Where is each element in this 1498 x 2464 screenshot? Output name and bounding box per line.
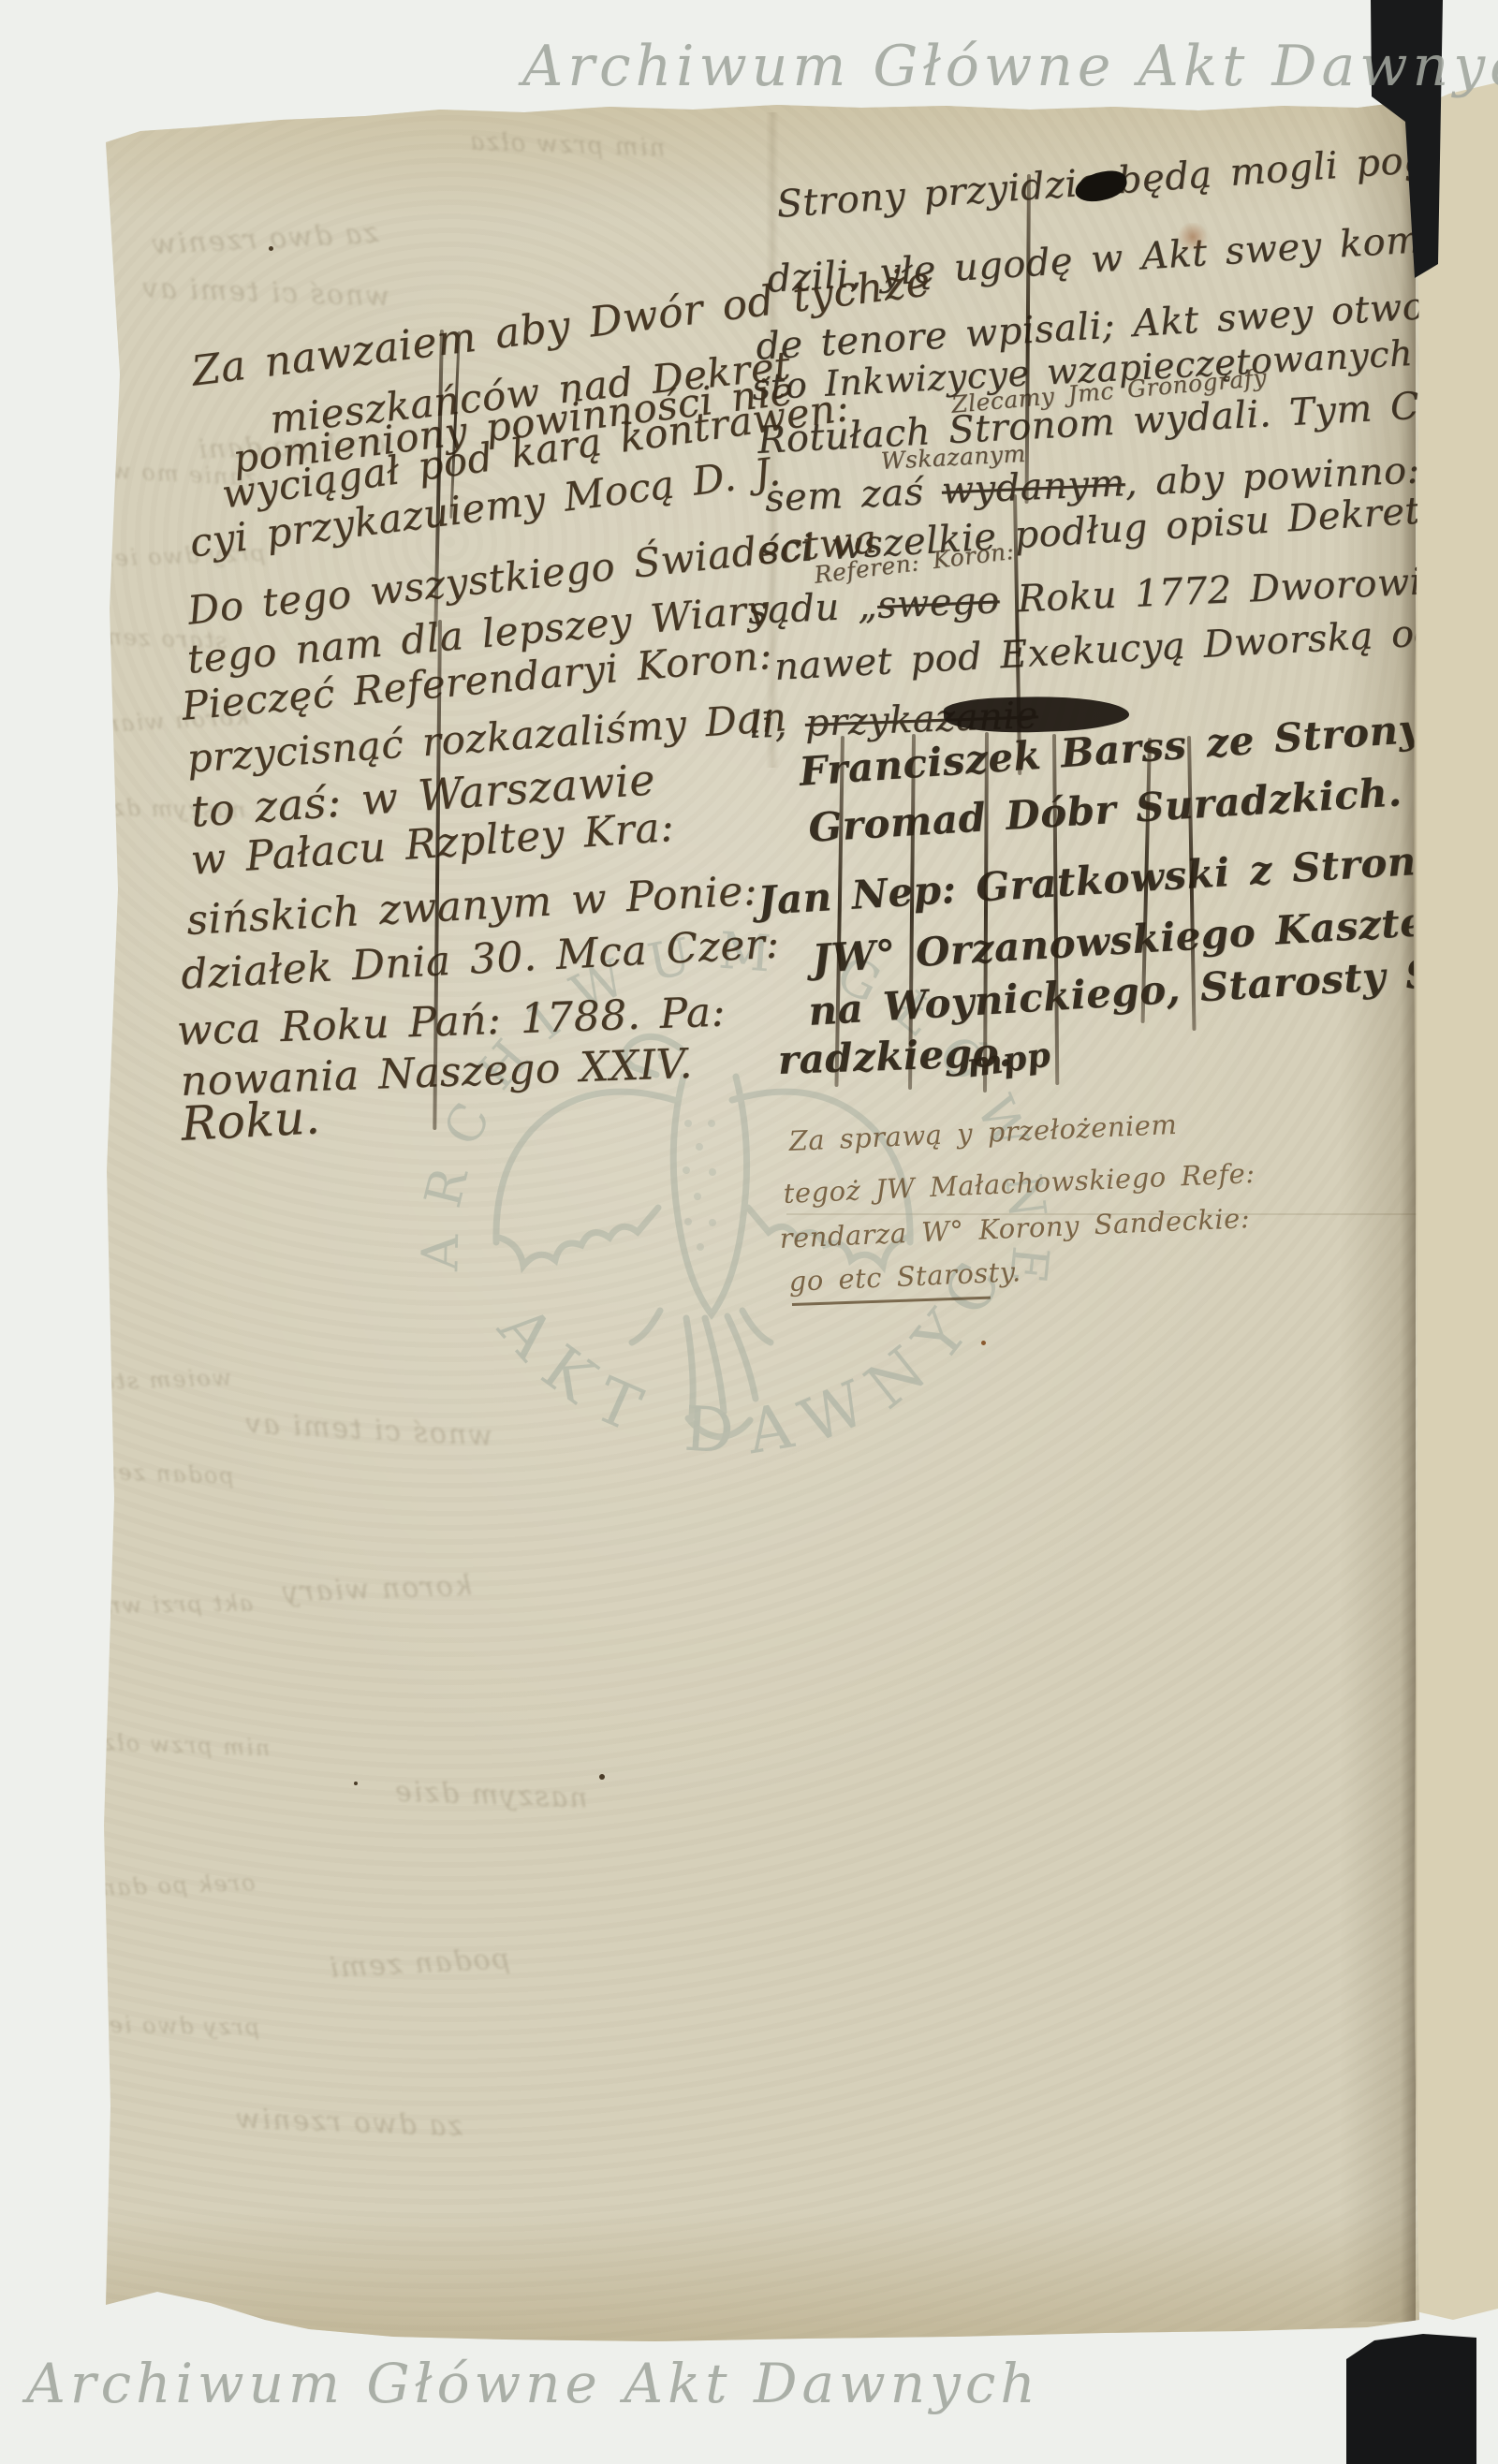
eagle-legs xyxy=(632,1311,771,1342)
ink-speck xyxy=(354,1782,358,1785)
bleedthrough-mark: nim przw ołza xyxy=(468,127,666,162)
bleedthrough-mark: podan zemi xyxy=(84,1458,235,1489)
line-fragment: sem zaś xyxy=(764,470,943,521)
watermark-text-top: Archiwum Główne Akt Dawnych xyxy=(522,34,1498,99)
ink-speck xyxy=(599,1774,605,1780)
ink-speck xyxy=(269,246,273,251)
bleedthrough-mark: orek po dani xyxy=(90,1870,256,1901)
struck-word: wydanym xyxy=(941,462,1126,513)
ink-speck xyxy=(981,1341,986,1345)
manuscript-line: Roku. xyxy=(180,1090,321,1151)
bleedthrough-mark: za dwo rzeniw xyxy=(233,2103,463,2144)
manuscript-page: ARCHIWUM GŁÓWNE AKT DAWNYCH nim przw ołz… xyxy=(0,0,1498,2464)
bleedthrough-mark: podan zemi xyxy=(327,1943,510,1985)
rust-stain xyxy=(1176,223,1210,251)
bleedthrough-mark: wnoś ci temi av xyxy=(140,271,389,313)
bleedthrough-mark: przy dwo iem xyxy=(84,2011,260,2040)
eagle-left-wing xyxy=(496,1092,674,1266)
archival-scan: { "archive": { "watermark_top": "Archiwu… xyxy=(0,0,1498,2464)
bleedthrough-mark: woiem stai xyxy=(90,1364,232,1395)
bleedthrough-mark: za dwo rzeniw xyxy=(149,217,379,262)
bleedthrough-mark: nim przw ołza xyxy=(86,1729,271,1762)
bleedthrough-mark: naszym dzie xyxy=(392,1775,588,1814)
eagle-body xyxy=(673,1077,746,1314)
struck-word: swego xyxy=(876,579,1001,627)
bleedthrough-mark: koron wiary xyxy=(280,1569,472,1608)
bleedthrough-mark: akt przi wne xyxy=(89,1590,254,1619)
watermark-text-bottom: Archiwum Główne Akt Dawnych xyxy=(26,2352,1040,2415)
